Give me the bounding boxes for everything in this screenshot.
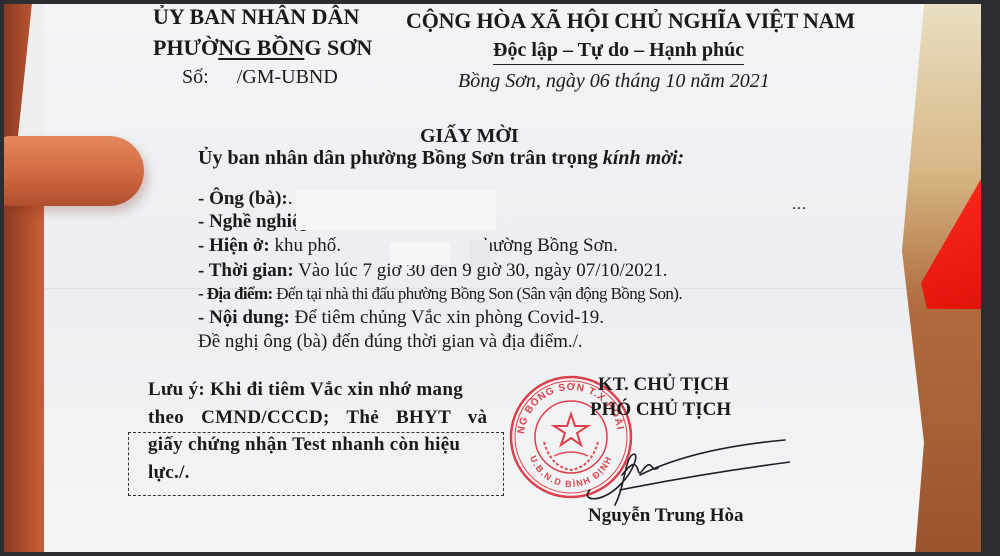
field-label: - Hiện ở:: [198, 235, 270, 256]
field-label: - Ông (bà):: [198, 188, 288, 209]
authority-line2-prefix: PHƯỜ: [153, 35, 218, 60]
field-label: - Địa điểm:: [198, 284, 273, 303]
signature-title-1: KT. CHỦ TỊCH: [598, 374, 729, 396]
redacted-address-2: [470, 240, 490, 266]
intro-line: Ủy ban nhân dân phường Bồng Sơn trân trọ…: [198, 147, 684, 170]
issuing-authority-line1: ỦY BAN NHÂN DÂN: [153, 4, 359, 30]
authority-line2-underlined: NG BỒN: [218, 35, 304, 60]
place-date: Bồng Sơn, ngày 06 tháng 10 năm 2021: [458, 70, 770, 93]
field-value: .: [288, 188, 293, 209]
trailing-dots: ...: [792, 196, 807, 214]
field-label: - Nội dung:: [198, 307, 290, 328]
document-number: Số:/GM-UBND: [182, 66, 338, 89]
field-content: - Nội dung: Để tiêm chủng Vắc xin phòng …: [198, 307, 604, 329]
field-value: Để tiêm chủng Vắc xin phòng Covid-19.: [290, 307, 604, 328]
invitation-document: ỦY BAN NHÂN DÂN PHƯỜNG BỒNG SƠN Số:/GM-U…: [0, 0, 1000, 556]
redacted-address: [390, 243, 450, 265]
intro-italic: kính mời:: [603, 147, 684, 169]
document-number-label: Số:: [182, 66, 209, 88]
document-title: GIẤY MỜI: [420, 125, 519, 148]
document-number-suffix: /GM-UBND: [237, 66, 338, 88]
signature-title-2: PHÓ CHỦ TỊCH: [590, 399, 731, 421]
note-line: Lưu ý: Khi đi tiêm Vắc xin nhớ mang: [148, 379, 463, 401]
intro-regular: Ủy ban nhân dân phường Bồng Sơn trân trọ…: [198, 147, 603, 169]
note-dashed-box: [128, 432, 504, 496]
request-line: Đề nghị ông (bà) đến đúng thời gian và đ…: [198, 331, 583, 353]
field-name: - Ông (bà):.: [198, 188, 292, 210]
national-title: CỘNG HÒA XÃ HỘI CHỦ NGHĨA VIỆT NAM: [406, 8, 855, 34]
field-value: Đến tại nhà thi đấu phường Bồng Son (Sân…: [273, 284, 682, 303]
handwritten-signature-icon: [580, 430, 790, 510]
authority-line2-suffix: G SƠN: [304, 35, 372, 60]
national-motto: Độc lập – Tự do – Hạnh phúc: [493, 39, 744, 65]
issuing-authority-line2: PHƯỜNG BỒNG SƠN: [153, 35, 372, 61]
field-label: - Thời gian:: [198, 260, 294, 281]
redacted-name: [296, 190, 496, 230]
field-location: - Địa điểm: Đến tại nhà thi đấu phường B…: [198, 284, 682, 304]
note-line: theo CMND/CCCD; Thẻ BHYT và: [148, 407, 487, 429]
